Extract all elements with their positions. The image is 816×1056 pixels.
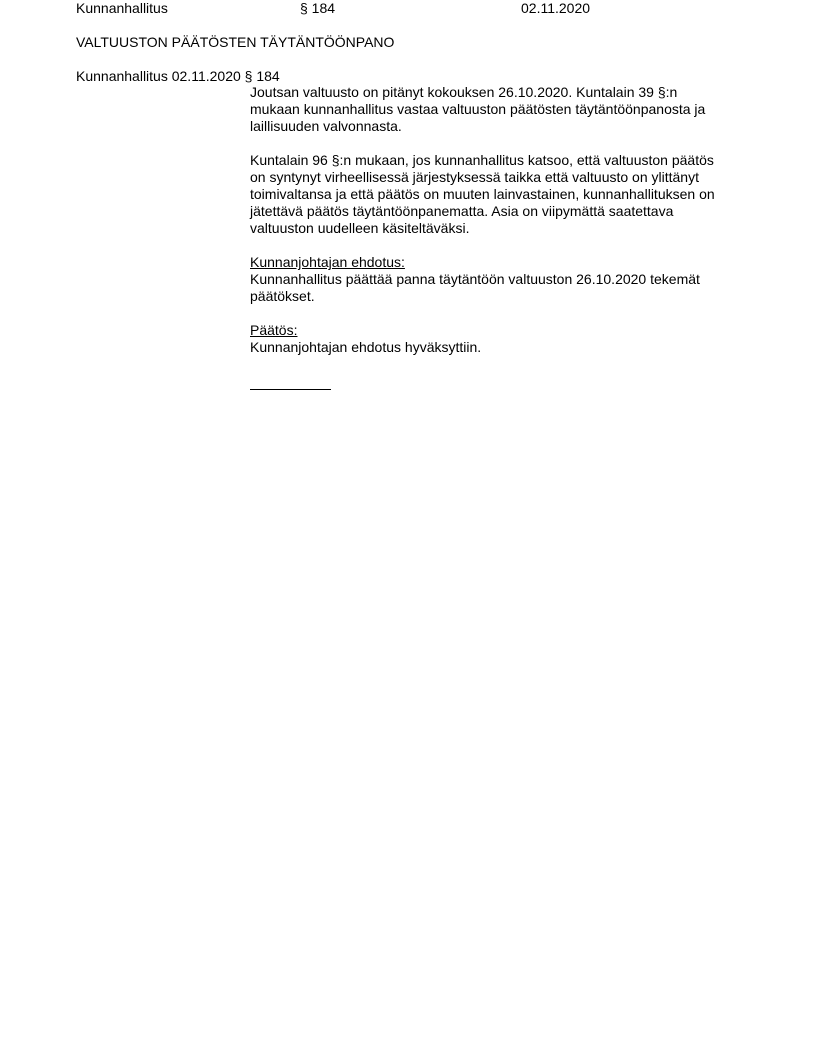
decision-section: Päätös: Kunnanjohtajan ehdotus hyväksytt…: [250, 322, 750, 356]
text-line: Kuntalain 96 §:n mukaan, jos kunnanhalli…: [250, 152, 750, 169]
paragraph-background: Joutsan valtuusto on pitänyt kokouksen 2…: [250, 84, 750, 135]
text-line: toimivaltansa ja että päätös on muuten l…: [250, 186, 750, 203]
text-line: on syntynyt virheellisessä järjestyksess…: [250, 169, 750, 186]
document-title: VALTUUSTON PÄÄTÖSTEN TÄYTÄNTÖÖNPANO: [76, 34, 394, 51]
header-date: 02.11.2020: [521, 0, 590, 17]
text-line: mukaan kunnanhallitus vastaa valtuuston …: [250, 101, 750, 118]
proposal-section: Kunnanjohtajan ehdotus: Kunnanhallitus p…: [250, 254, 750, 305]
text-line: Kunnanhallitus päättää panna täytäntöön …: [250, 271, 750, 288]
decision-label: Päätös:: [250, 322, 750, 339]
header-organ: Kunnanhallitus: [76, 0, 168, 17]
signature-divider: [250, 389, 331, 390]
paragraph-legal-basis: Kuntalain 96 §:n mukaan, jos kunnanhalli…: [250, 152, 750, 237]
text-line: Joutsan valtuusto on pitänyt kokouksen 2…: [250, 84, 750, 101]
text-line: laillisuuden valvonnasta.: [250, 118, 750, 135]
text-line: Kunnanjohtajan ehdotus hyväksyttiin.: [250, 339, 750, 356]
text-line: päätökset.: [250, 288, 750, 305]
header-section: § 184: [300, 0, 335, 17]
meeting-reference: Kunnanhallitus 02.11.2020 § 184: [76, 68, 280, 85]
proposal-label: Kunnanjohtajan ehdotus:: [250, 254, 750, 271]
text-line: valtuuston uudelleen käsiteltäväksi.: [250, 220, 750, 237]
text-line: jätettävä päätös täytäntöönpanematta. As…: [250, 203, 750, 220]
document-body: Joutsan valtuusto on pitänyt kokouksen 2…: [250, 84, 750, 390]
